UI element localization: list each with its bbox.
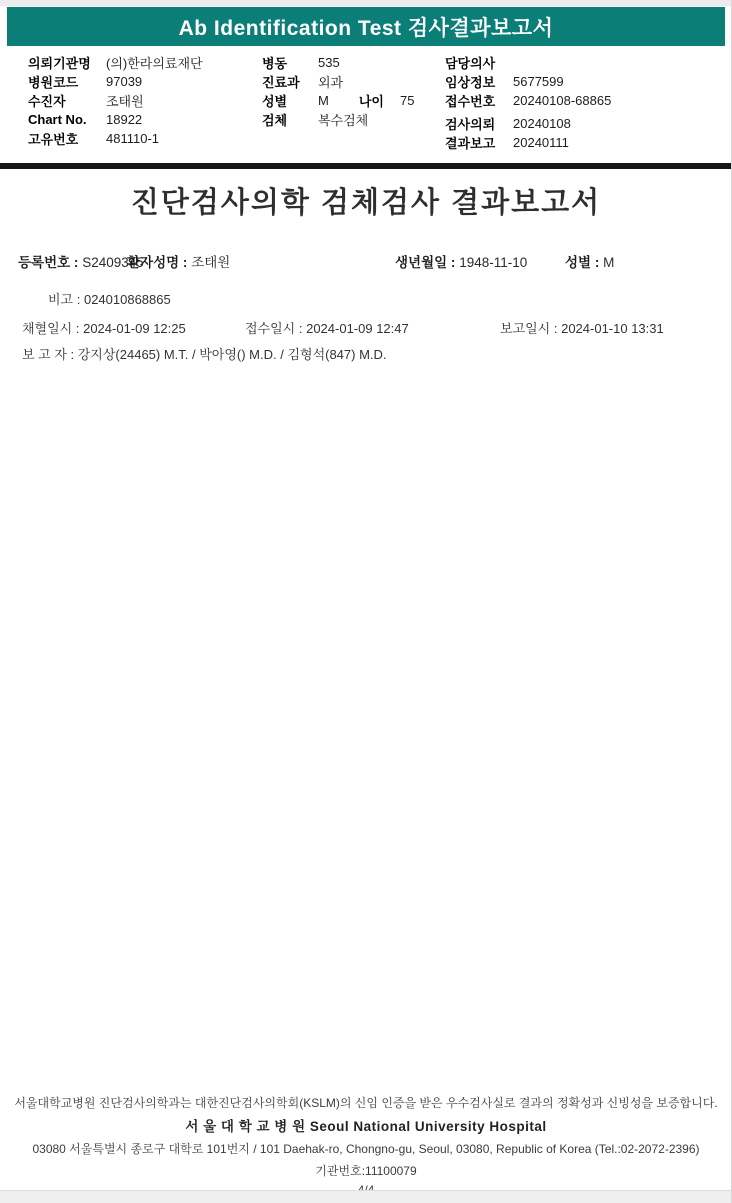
info-row-unique-no: 고유번호 481110-1 bbox=[28, 129, 258, 148]
reporter: 보 고 자 : 강지상(24465) M.T. / 박아영() M.D. / 김… bbox=[22, 344, 387, 363]
certification-statement: 서울대학교병원 진단검사의학과는 대한진단검사의학회(KSLM)의 신임 인증을… bbox=[0, 1094, 732, 1111]
receipt-datetime: 접수일시 : 2024-01-09 12:47 bbox=[245, 318, 409, 337]
info-label: 결과보고 bbox=[445, 133, 513, 152]
lab-report-page: Ab Identification Test 검사결과보고서 의뢰기관명 (의)… bbox=[0, 0, 732, 1203]
info-value: 18922 bbox=[106, 112, 142, 127]
patient-summary-row: 등록번호 : S2409345 환자성명 : 조태원 생년월일 : 1948-1… bbox=[0, 251, 732, 269]
info-row-orderer: 의뢰기관명 (의)한라의료재단 bbox=[28, 53, 258, 72]
document-title: 진단검사의학 검체검사 결과보고서 bbox=[0, 180, 732, 221]
collection-datetime: 채혈일시 : 2024-01-09 12:25 bbox=[22, 318, 186, 337]
patient-sex: 성별 : M bbox=[565, 251, 614, 271]
info-value: 5677599 bbox=[513, 74, 564, 89]
bottom-strip bbox=[0, 1190, 732, 1203]
dates-row: 채혈일시 : 2024-01-09 12:25 접수일시 : 2024-01-0… bbox=[0, 318, 732, 336]
reporter-label: 보 고 자 : bbox=[22, 347, 74, 362]
info-row-ward: 병동 535 bbox=[262, 53, 442, 72]
report-datetime: 보고일시 : 2024-01-10 13:31 bbox=[500, 318, 664, 337]
birth-date-value: 1948-11-10 bbox=[459, 255, 527, 270]
info-label: 의뢰기관명 bbox=[28, 53, 106, 72]
info-row-order-date: 검사의뢰 20240108 bbox=[445, 114, 725, 133]
info-label-age: 나이 bbox=[359, 91, 384, 110]
info-label: 고유번호 bbox=[28, 129, 106, 148]
info-label: 진료과 bbox=[262, 72, 318, 91]
info-row-chart-no: Chart No. 18922 bbox=[28, 110, 258, 129]
info-value: 복수검체 bbox=[318, 110, 368, 129]
collection-datetime-label: 채혈일시 : bbox=[22, 321, 79, 336]
info-label: 접수번호 bbox=[445, 91, 513, 110]
info-row-clinical-info: 임상정보 5677599 bbox=[445, 72, 725, 91]
receipt-datetime-label: 접수일시 : bbox=[245, 321, 302, 336]
patient-sex-value: M bbox=[603, 255, 614, 270]
hospital-address: 03080 서울특별시 종로구 대학로 101번지 / 101 Daehak-r… bbox=[0, 1140, 732, 1157]
info-value: 20240108-68865 bbox=[513, 93, 611, 108]
patient-name: 환자성명 : 조태원 bbox=[127, 251, 230, 271]
report-datetime-value: 2024-01-10 13:31 bbox=[561, 321, 664, 336]
info-label: 임상정보 bbox=[445, 72, 513, 91]
registration-number-label: 등록번호 : bbox=[18, 255, 78, 270]
info-value: 외과 bbox=[318, 72, 343, 91]
info-value: 20240111 bbox=[513, 135, 569, 150]
info-value: 조태원 bbox=[106, 91, 144, 110]
remark: 비고 : 024010868865 bbox=[48, 289, 171, 308]
report-footer: 서울대학교병원 진단검사의학과는 대한진단검사의학회(KSLM)의 신임 인증을… bbox=[0, 1094, 732, 1197]
reporter-value: 강지상(24465) M.T. / 박아영() M.D. / 김형석(847) … bbox=[78, 347, 387, 362]
reporter-row: 보 고 자 : 강지상(24465) M.T. / 박아영() M.D. / 김… bbox=[0, 344, 732, 362]
patient-info-table: 의뢰기관명 (의)한라의료재단 병원코드 97039 수진자 조태원 Chart… bbox=[0, 53, 732, 161]
remark-row: 비고 : 024010868865 bbox=[0, 289, 732, 307]
birth-date-label: 생년월일 : bbox=[395, 255, 455, 270]
remark-value: 024010868865 bbox=[84, 292, 171, 307]
info-value: 97039 bbox=[106, 74, 142, 89]
info-label: 검체 bbox=[262, 110, 318, 129]
info-label: 수진자 bbox=[28, 91, 106, 110]
info-value: 20240108 bbox=[513, 116, 571, 131]
report-header-bar: Ab Identification Test 검사결과보고서 bbox=[7, 7, 725, 46]
org-number: 기관번호:11100079 bbox=[0, 1162, 732, 1179]
report-header-title: Ab Identification Test 검사결과보고서 bbox=[179, 12, 554, 42]
info-label: 병원코드 bbox=[28, 72, 106, 91]
info-col-middle: 병동 535 진료과 외과 성별 M 나이 75 검체 복수검체 bbox=[262, 53, 442, 129]
info-label: Chart No. bbox=[28, 112, 106, 127]
info-label: 병동 bbox=[262, 53, 318, 72]
info-row-specimen: 검체 복수검체 bbox=[262, 110, 442, 129]
report-datetime-label: 보고일시 : bbox=[500, 321, 557, 336]
info-label: 성별 bbox=[262, 91, 318, 110]
info-value: 535 bbox=[318, 55, 340, 70]
hospital-name: 서 울 대 학 교 병 원 Seoul National University … bbox=[0, 1115, 732, 1135]
info-value: M bbox=[318, 93, 329, 108]
info-value: 481110-1 bbox=[106, 131, 159, 146]
patient-sex-label: 성별 : bbox=[565, 255, 599, 270]
patient-name-value: 조태원 bbox=[191, 255, 230, 270]
top-strip bbox=[0, 0, 732, 7]
info-row-accession-no: 접수번호 20240108-68865 bbox=[445, 91, 725, 110]
receipt-datetime-value: 2024-01-09 12:47 bbox=[306, 321, 409, 336]
info-row-department: 진료과 외과 bbox=[262, 72, 442, 91]
info-value-age: 75 bbox=[400, 93, 414, 108]
info-col-right: 담당의사 임상정보 5677599 접수번호 20240108-68865 검사… bbox=[445, 53, 725, 152]
birth-date: 생년월일 : 1948-11-10 bbox=[395, 251, 527, 271]
remark-label: 비고 : bbox=[48, 292, 80, 307]
info-col-left: 의뢰기관명 (의)한라의료재단 병원코드 97039 수진자 조태원 Chart… bbox=[28, 53, 258, 148]
info-row-patient: 수진자 조태원 bbox=[28, 91, 258, 110]
info-row-report-date: 결과보고 20240111 bbox=[445, 133, 725, 152]
registration-number: 등록번호 : S2409345 bbox=[18, 251, 144, 271]
info-value: (의)한라의료재단 bbox=[106, 53, 203, 72]
info-row-sex-age: 성별 M 나이 75 bbox=[262, 91, 442, 110]
info-label: 검사의뢰 bbox=[445, 114, 513, 133]
collection-datetime-value: 2024-01-09 12:25 bbox=[83, 321, 186, 336]
info-label: 담당의사 bbox=[445, 53, 513, 72]
patient-name-label: 환자성명 : bbox=[127, 255, 187, 270]
section-divider bbox=[0, 163, 732, 169]
info-row-doctor: 담당의사 bbox=[445, 53, 725, 72]
info-row-hospital-code: 병원코드 97039 bbox=[28, 72, 258, 91]
